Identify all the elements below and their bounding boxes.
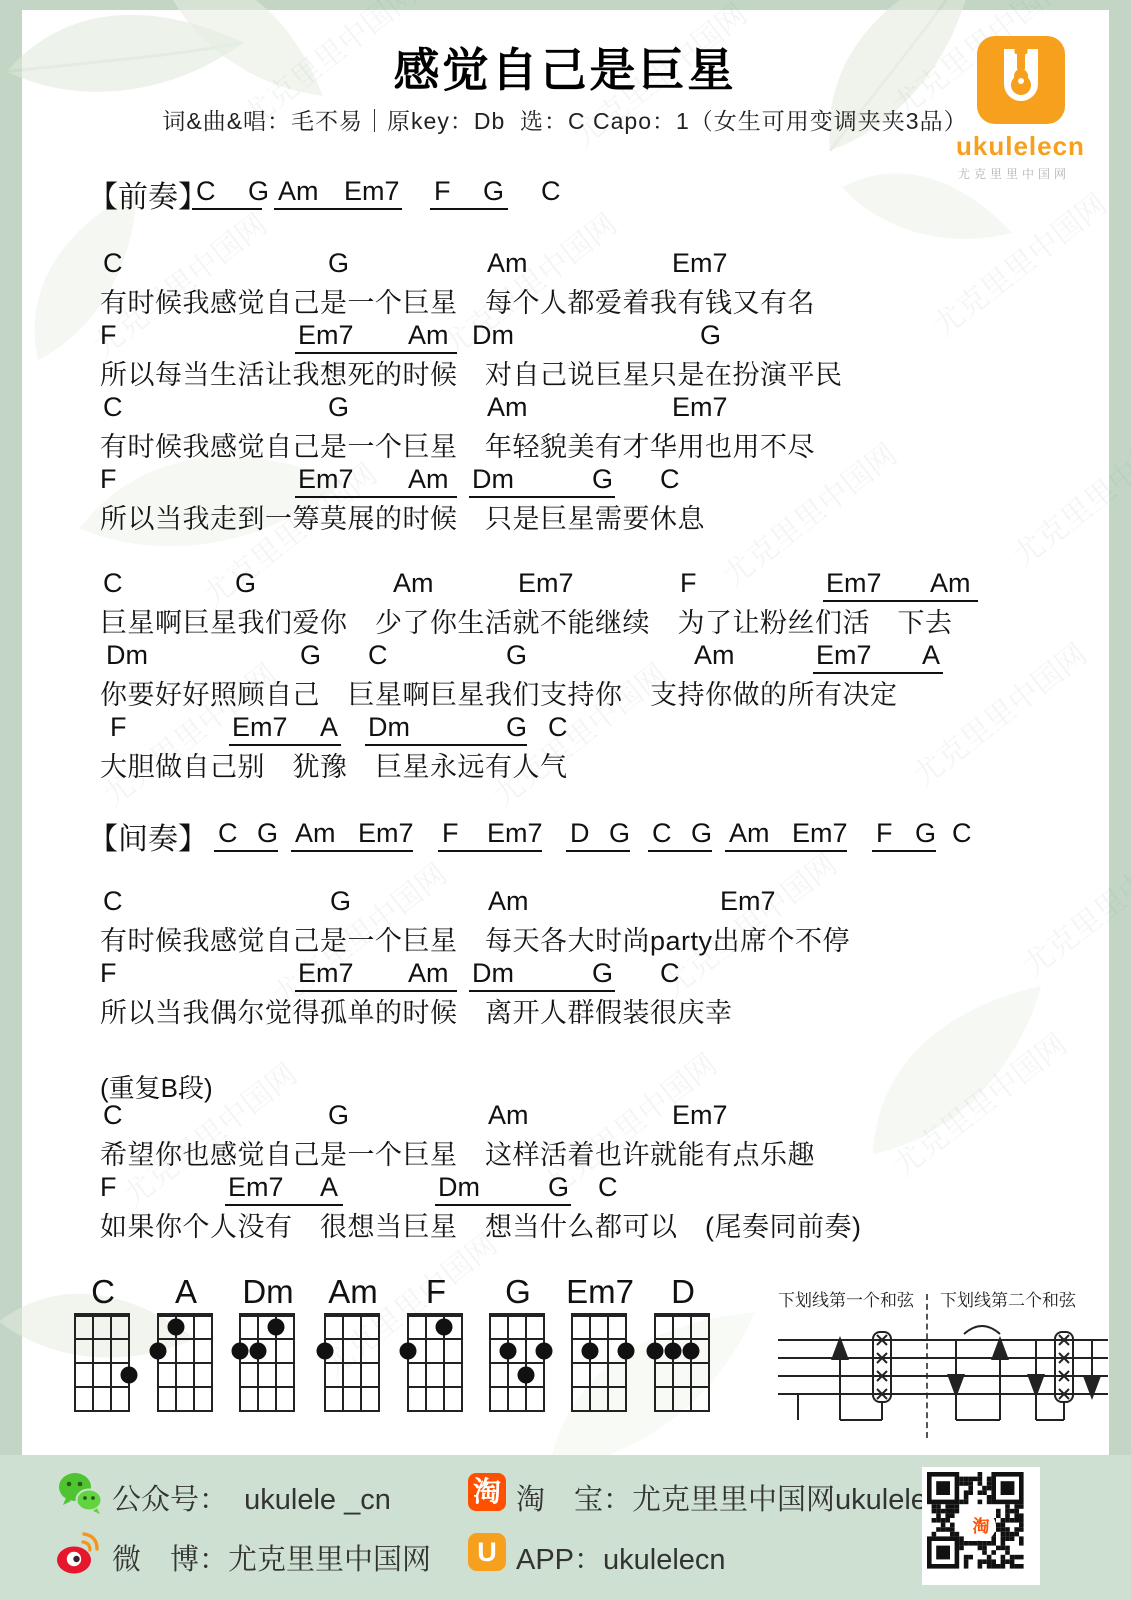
taobao-icon: 淘 — [468, 1473, 506, 1511]
watermark-text: 尤克里里中国网 — [112, 1051, 305, 1215]
taobao-store-label: 淘 宝：尤克里里中国网ukulele — [516, 1477, 927, 1518]
wechat-account-label: 公众号： ukulele _cn — [112, 1477, 391, 1518]
watermark-text: 尤克里里中国网 — [1002, 411, 1131, 575]
watermark-text: 尤克里里中国网 — [712, 431, 905, 595]
watermark-text: 尤克里里中国网 — [532, 1041, 725, 1205]
svg-text:淘: 淘 — [973, 1516, 990, 1536]
leaf-decoration — [0, 1231, 209, 1430]
watermark-text: 尤克里里中国网 — [902, 631, 1095, 795]
watermark-text: 尤克里里中国网 — [312, 1221, 505, 1385]
weibo-account-label: 微 博：尤克里里中国网 — [112, 1537, 431, 1578]
weibo-icon — [54, 1529, 102, 1577]
watermark-text: 尤克里里中国网 — [1012, 821, 1131, 985]
wechat-icon — [56, 1469, 104, 1517]
watermark-text: 尤克里里中国网 — [482, 651, 675, 815]
watermark-text: 尤克里里中国网 — [652, 841, 845, 1005]
watermark-text: 尤克里里中国网 — [92, 651, 285, 815]
app-label: APP：ukulelecn — [516, 1537, 726, 1578]
watermark-text: 尤克里里中国网 — [432, 201, 625, 365]
sheet-paper: 尤克里里中国网尤克里里中国网尤克里里中国网尤克里里中国网尤克里里中国网尤克里里中… — [22, 10, 1109, 1455]
sheet-page: 尤克里里中国网尤克里里中国网尤克里里中国网尤克里里中国网尤克里里中国网尤克里里中… — [0, 0, 1131, 1600]
watermark-text: 尤克里里中国网 — [562, 0, 755, 155]
watermark-text: 尤克里里中国网 — [262, 851, 455, 1015]
taobao-qr-code: 淘 — [922, 1467, 1040, 1590]
app-icon: U — [468, 1533, 506, 1571]
footer-bar: 公众号： ukulele _cn 淘 淘 宝：尤克里里中国网ukulele 微 … — [0, 1455, 1131, 1600]
